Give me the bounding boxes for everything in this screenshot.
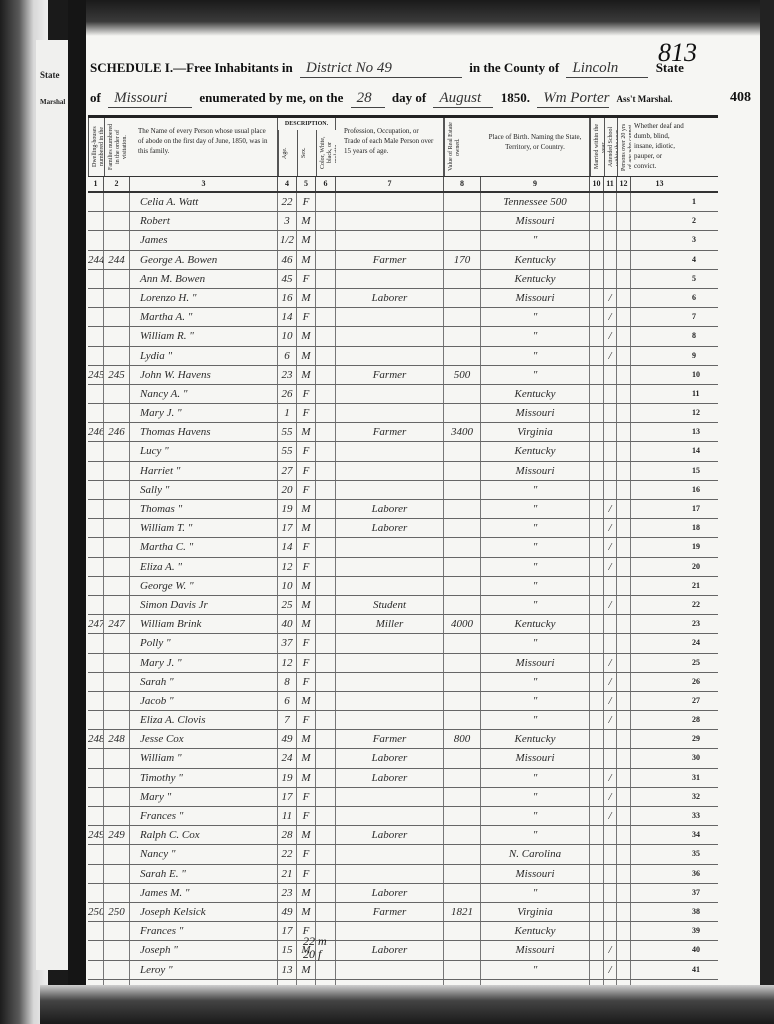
cell-school: /	[604, 788, 617, 806]
cell-condition	[631, 961, 688, 979]
cell-condition	[631, 596, 688, 614]
cell-name: William "	[130, 749, 278, 767]
col-num: 6	[316, 177, 336, 191]
cell-married	[590, 711, 604, 729]
cell-color	[316, 749, 336, 767]
cell-school: /	[604, 711, 617, 729]
cell-illiterate	[617, 788, 631, 806]
cell-married	[590, 251, 604, 269]
cell-school: /	[604, 941, 617, 959]
cell-married	[590, 634, 604, 652]
cell-married	[590, 442, 604, 460]
cell-condition	[631, 711, 688, 729]
cell-married	[590, 730, 604, 748]
cell-dwelling: 247	[88, 615, 104, 633]
cell-condition	[631, 692, 688, 710]
cell-illiterate	[617, 922, 631, 940]
cell-married	[590, 788, 604, 806]
table-row: William R. "10M"/8	[88, 327, 718, 346]
cell-sex: F	[297, 538, 316, 556]
cell-family: 244	[104, 251, 130, 269]
cell-dwelling	[88, 481, 104, 499]
cell-married	[590, 270, 604, 288]
cell-value	[444, 481, 481, 499]
table-row: Leroy "13M"/41	[88, 961, 718, 980]
cell-value	[444, 558, 481, 576]
cell-birthplace: "	[481, 481, 590, 499]
cell-name: Robert	[130, 212, 278, 230]
cell-family	[104, 538, 130, 556]
cell-dwelling	[88, 749, 104, 767]
table-row: Eliza A. "12F"/20	[88, 558, 718, 577]
cell-age: 49	[278, 903, 297, 921]
cell-color	[316, 423, 336, 441]
cell-dwelling	[88, 308, 104, 326]
cell-condition	[631, 654, 688, 672]
cell-dwelling	[88, 270, 104, 288]
cell-married	[590, 941, 604, 959]
cell-condition	[631, 366, 688, 384]
cell-value	[444, 231, 481, 249]
cell-school	[604, 615, 617, 633]
cell-name: Sarah "	[130, 673, 278, 691]
cell-school: /	[604, 289, 617, 307]
cell-occupation	[336, 308, 444, 326]
prev-page-text: Marshal	[40, 98, 65, 106]
cell-age: 26	[278, 385, 297, 403]
cell-color	[316, 366, 336, 384]
cell-dwelling: 244	[88, 251, 104, 269]
enumeration-line: of Missouri enumerated by me, on the 28 …	[90, 90, 672, 108]
cell-occupation: Laborer	[336, 769, 444, 787]
cell-condition	[631, 289, 688, 307]
cell-value: 800	[444, 730, 481, 748]
cell-birthplace: "	[481, 692, 590, 710]
line-number: 22	[692, 600, 700, 609]
cell-age: 14	[278, 308, 297, 326]
cell-condition	[631, 193, 688, 211]
cell-occupation: Student	[336, 596, 444, 614]
marshal-name: Wm Porter	[537, 90, 609, 108]
line-number: 27	[692, 696, 700, 705]
cell-occupation	[336, 577, 444, 595]
cell-birthplace: Kentucky	[481, 251, 590, 269]
cell-family	[104, 558, 130, 576]
cell-school: /	[604, 654, 617, 672]
cell-color	[316, 519, 336, 537]
cell-color	[316, 903, 336, 921]
cell-birthplace: "	[481, 634, 590, 652]
cell-illiterate	[617, 558, 631, 576]
cell-sex: F	[297, 481, 316, 499]
cell-occupation: Farmer	[336, 730, 444, 748]
prev-page-text: State	[40, 70, 60, 80]
line-number: 24	[692, 638, 700, 647]
cell-family	[104, 577, 130, 595]
cell-sex: M	[297, 769, 316, 787]
schedule-title-line: SCHEDULE I.—Free Inhabitants in District…	[90, 60, 684, 78]
cell-sex: M	[297, 692, 316, 710]
cell-age: 1/2	[278, 231, 297, 249]
cell-birthplace: "	[481, 807, 590, 825]
cell-illiterate	[617, 289, 631, 307]
cell-age: 12	[278, 558, 297, 576]
cell-color	[316, 692, 336, 710]
line-number: 17	[692, 504, 700, 513]
line-number: 25	[692, 658, 700, 667]
cell-occupation: Farmer	[336, 366, 444, 384]
cell-dwelling	[88, 769, 104, 787]
cell-sex: F	[297, 308, 316, 326]
table-row: Ann M. Bowen45FKentucky5	[88, 270, 718, 289]
line-number: 34	[692, 830, 700, 839]
line-number: 13	[692, 427, 700, 436]
cell-age: 49	[278, 730, 297, 748]
cell-condition	[631, 673, 688, 691]
cell-name: Joseph "	[130, 941, 278, 959]
cell-sex: F	[297, 193, 316, 211]
table-row: Mary J. "12FMissouri/25	[88, 654, 718, 673]
cell-illiterate	[617, 865, 631, 883]
cell-value	[444, 385, 481, 403]
cell-illiterate	[617, 961, 631, 979]
cell-family	[104, 347, 130, 365]
table-row: 246246Thomas Havens55MFarmer3400Virginia…	[88, 423, 718, 442]
table-row: Celia A. Watt22FTennessee 5001	[88, 193, 718, 212]
cell-dwelling	[88, 538, 104, 556]
cell-dwelling	[88, 654, 104, 672]
line-number: 6	[692, 293, 696, 302]
cell-school: /	[604, 558, 617, 576]
col-num: 9	[481, 177, 590, 191]
table-row: William "24MLaborerMissouri30	[88, 749, 718, 768]
cell-condition	[631, 730, 688, 748]
cell-dwelling: 250	[88, 903, 104, 921]
cell-married	[590, 884, 604, 902]
cell-name: George W. "	[130, 577, 278, 595]
cell-name: Mary J. "	[130, 654, 278, 672]
scan-edge-top	[86, 0, 774, 36]
cell-married	[590, 366, 604, 384]
cell-illiterate	[617, 347, 631, 365]
cell-name: Timothy "	[130, 769, 278, 787]
cell-family: 247	[104, 615, 130, 633]
cell-color	[316, 884, 336, 902]
line-number: 30	[692, 753, 700, 762]
cell-value	[444, 654, 481, 672]
cell-dwelling	[88, 385, 104, 403]
cell-condition	[631, 845, 688, 863]
cell-family	[104, 845, 130, 863]
line-number: 19	[692, 542, 700, 551]
cell-family: 245	[104, 366, 130, 384]
cell-occupation	[336, 404, 444, 422]
cell-married	[590, 423, 604, 441]
cell-sex: F	[297, 462, 316, 480]
cell-sex: F	[297, 845, 316, 863]
cell-age: 10	[278, 577, 297, 595]
cell-dwelling	[88, 692, 104, 710]
cell-age: 23	[278, 366, 297, 384]
line-number: 31	[692, 773, 700, 782]
cell-age: 22	[278, 193, 297, 211]
cell-family	[104, 212, 130, 230]
col-header-name: The Name of every Person whose usual pla…	[130, 118, 278, 176]
cell-family	[104, 692, 130, 710]
cell-married	[590, 749, 604, 767]
line-number: 39	[692, 926, 700, 935]
cell-color	[316, 442, 336, 460]
cell-age: 24	[278, 749, 297, 767]
cell-age: 55	[278, 423, 297, 441]
cell-name: Nancy "	[130, 845, 278, 863]
cell-color	[316, 251, 336, 269]
cell-school	[604, 730, 617, 748]
cell-value	[444, 596, 481, 614]
cell-name: Lorenzo H. "	[130, 289, 278, 307]
line-number: 5	[692, 274, 696, 283]
line-number: 33	[692, 811, 700, 820]
cell-value	[444, 634, 481, 652]
cell-value: 500	[444, 366, 481, 384]
scan-edge-bottom	[40, 985, 774, 1024]
county-value: Lincoln	[566, 60, 648, 78]
line-number: 12	[692, 408, 700, 417]
cell-value	[444, 692, 481, 710]
cell-illiterate	[617, 251, 631, 269]
cell-birthplace: Missouri	[481, 941, 590, 959]
cell-birthplace: Missouri	[481, 462, 590, 480]
cell-name: Mary "	[130, 788, 278, 806]
cell-family	[104, 596, 130, 614]
cell-birthplace: Kentucky	[481, 442, 590, 460]
table-row: Nancy A. "26FKentucky11	[88, 385, 718, 404]
cell-value	[444, 922, 481, 940]
cell-color	[316, 788, 336, 806]
cell-birthplace: Kentucky	[481, 615, 590, 633]
cell-dwelling	[88, 289, 104, 307]
line-number: 16	[692, 485, 700, 494]
cell-color	[316, 807, 336, 825]
cell-birthplace: "	[481, 327, 590, 345]
cell-sex: M	[297, 749, 316, 767]
cell-sex: M	[297, 347, 316, 365]
cell-school: /	[604, 692, 617, 710]
cell-married	[590, 654, 604, 672]
cell-age: 20	[278, 481, 297, 499]
cell-sex: F	[297, 558, 316, 576]
cell-age: 15	[278, 941, 297, 959]
cell-value	[444, 807, 481, 825]
cell-occupation	[336, 845, 444, 863]
cell-color	[316, 289, 336, 307]
cell-married	[590, 404, 604, 422]
cell-color	[316, 327, 336, 345]
cell-sex: M	[297, 615, 316, 633]
cell-value	[444, 769, 481, 787]
col-num: 8	[444, 177, 481, 191]
cell-name: Leroy "	[130, 961, 278, 979]
cell-dwelling	[88, 884, 104, 902]
cell-condition	[631, 327, 688, 345]
cell-value	[444, 749, 481, 767]
schedule-title: SCHEDULE I.—Free Inhabitants in	[90, 60, 293, 75]
cell-name: Eliza A. Clovis	[130, 711, 278, 729]
cell-occupation: Miller	[336, 615, 444, 633]
cell-name: James	[130, 231, 278, 249]
cell-dwelling	[88, 961, 104, 979]
cell-dwelling	[88, 922, 104, 940]
cell-dwelling	[88, 500, 104, 518]
cell-married	[590, 807, 604, 825]
cell-color	[316, 654, 336, 672]
cell-family	[104, 922, 130, 940]
cell-sex: F	[297, 385, 316, 403]
cell-school	[604, 481, 617, 499]
table-row: Thomas "19MLaborer"/17	[88, 500, 718, 519]
cell-birthplace: "	[481, 577, 590, 595]
cell-illiterate	[617, 596, 631, 614]
cell-sex: F	[297, 634, 316, 652]
cell-color	[316, 347, 336, 365]
col-num: 7	[336, 177, 444, 191]
cell-dwelling: 249	[88, 826, 104, 844]
cell-sex: M	[297, 423, 316, 441]
cell-occupation: Laborer	[336, 884, 444, 902]
cell-school	[604, 826, 617, 844]
cell-birthplace: Kentucky	[481, 922, 590, 940]
cell-illiterate	[617, 538, 631, 556]
cell-age: 19	[278, 769, 297, 787]
cell-dwelling: 248	[88, 730, 104, 748]
cell-name: Martha C. "	[130, 538, 278, 556]
cell-color	[316, 558, 336, 576]
line-number: 2	[692, 216, 696, 225]
cell-condition	[631, 615, 688, 633]
day-label: day of	[392, 90, 426, 105]
cell-birthplace: "	[481, 308, 590, 326]
cell-occupation	[336, 807, 444, 825]
col-header-illiterate: Persons over 20 yrs of age who cannot re…	[617, 118, 631, 176]
cell-married	[590, 289, 604, 307]
cell-sex: M	[297, 519, 316, 537]
cell-color	[316, 231, 336, 249]
cell-age: 1	[278, 404, 297, 422]
cell-school: /	[604, 769, 617, 787]
table-row: Timothy "19MLaborer"/31	[88, 769, 718, 788]
cell-color	[316, 769, 336, 787]
col-num: 10	[590, 177, 604, 191]
cell-dwelling	[88, 634, 104, 652]
cell-sex: F	[297, 673, 316, 691]
table-row: 247247William Brink40MMiller4000Kentucky…	[88, 615, 718, 634]
cell-school	[604, 212, 617, 230]
cell-condition	[631, 941, 688, 959]
column-numbers: 1 2 3 4 5 6 7 8 9 10 11 12 13	[88, 177, 718, 193]
line-number: 35	[692, 849, 700, 858]
cell-age: 45	[278, 270, 297, 288]
line-number: 28	[692, 715, 700, 724]
page-tally: 22 m 20 f	[303, 935, 327, 961]
cell-age: 19	[278, 500, 297, 518]
cell-illiterate	[617, 654, 631, 672]
cell-name: Lydia "	[130, 347, 278, 365]
cell-illiterate	[617, 615, 631, 633]
line-number: 15	[692, 466, 700, 475]
cell-married	[590, 347, 604, 365]
cell-birthplace: "	[481, 884, 590, 902]
line-number: 41	[692, 965, 700, 974]
cell-birthplace: "	[481, 366, 590, 384]
cell-school	[604, 442, 617, 460]
cell-birthplace: "	[481, 961, 590, 979]
table-row: 250250Joseph Kelsick49MFarmer1821Virgini…	[88, 903, 718, 922]
cell-age: 55	[278, 442, 297, 460]
table-row: Lydia "6M"/9	[88, 347, 718, 366]
cell-married	[590, 558, 604, 576]
cell-illiterate	[617, 404, 631, 422]
cell-birthplace: N. Carolina	[481, 845, 590, 863]
cell-married	[590, 692, 604, 710]
cell-birthplace: Missouri	[481, 865, 590, 883]
col-num: 12	[617, 177, 631, 191]
cell-condition	[631, 385, 688, 403]
day-value: 28	[351, 90, 385, 108]
cell-condition	[631, 922, 688, 940]
cell-color	[316, 212, 336, 230]
cell-school: /	[604, 538, 617, 556]
cell-family	[104, 807, 130, 825]
cell-name: Nancy A. "	[130, 385, 278, 403]
cell-age: 17	[278, 922, 297, 940]
line-number: 37	[692, 888, 700, 897]
cell-dwelling	[88, 519, 104, 537]
cell-condition	[631, 538, 688, 556]
cell-illiterate	[617, 730, 631, 748]
cell-birthplace: Kentucky	[481, 730, 590, 748]
line-number: 38	[692, 907, 700, 916]
cell-value: 170	[444, 251, 481, 269]
cell-condition	[631, 769, 688, 787]
cell-age: 37	[278, 634, 297, 652]
cell-family	[104, 404, 130, 422]
cell-married	[590, 961, 604, 979]
cell-school	[604, 845, 617, 863]
cell-sex: M	[297, 826, 316, 844]
table-row: Lucy "55FKentucky14	[88, 442, 718, 461]
cell-married	[590, 922, 604, 940]
cell-dwelling	[88, 596, 104, 614]
cell-school: /	[604, 519, 617, 537]
cell-birthplace: "	[481, 347, 590, 365]
cell-married	[590, 673, 604, 691]
cell-age: 12	[278, 654, 297, 672]
table-row: Simon Davis Jr25MStudent"/22	[88, 596, 718, 615]
cell-sex: M	[297, 903, 316, 921]
cell-school: /	[604, 961, 617, 979]
line-number: 21	[692, 581, 700, 590]
cell-family	[104, 481, 130, 499]
cell-school	[604, 577, 617, 595]
line-number: 40	[692, 945, 700, 954]
cell-age: 6	[278, 347, 297, 365]
cell-family	[104, 673, 130, 691]
cell-school	[604, 385, 617, 403]
cell-value	[444, 538, 481, 556]
cell-sex: M	[297, 577, 316, 595]
cell-illiterate	[617, 884, 631, 902]
cell-condition	[631, 500, 688, 518]
